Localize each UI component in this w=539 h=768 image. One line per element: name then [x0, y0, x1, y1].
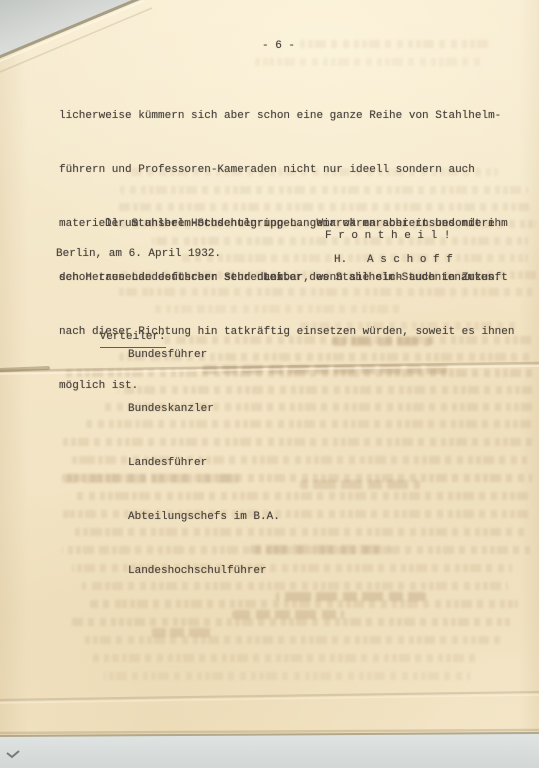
bleed-row	[252, 58, 482, 66]
scanned-letter-screenshot: - 6 - licherweise kümmern sich aber scho…	[0, 0, 539, 768]
page-number: - 6 -	[262, 37, 295, 55]
bleed-row	[70, 618, 510, 626]
place-and-date: Berlin, am 6. April 1932.	[56, 245, 221, 263]
paper-crease	[0, 692, 539, 700]
list-item: Landeshochschulführer	[128, 562, 280, 580]
signature-title: Leiter des Stahlhelm-Studentenamtes.	[263, 269, 501, 287]
bleed-smudge	[300, 480, 420, 489]
paper-page: - 6 - licherweise kümmern sich aber scho…	[0, 0, 539, 768]
bleed-smudge	[276, 592, 426, 601]
distribution-recipient-list: Bundesführer Bundeskanzler Landesführer …	[128, 310, 280, 616]
text-line: führern und Professoren-Kameraden nicht …	[59, 161, 514, 179]
bleed-row	[104, 672, 470, 680]
bleed-row	[80, 636, 500, 644]
list-item: Landesführer	[128, 454, 280, 472]
bleed-row	[300, 40, 490, 48]
text-line: licherweise kümmern sich aber schon eine…	[59, 107, 514, 125]
check-mark	[7, 751, 19, 757]
scanner-background-corner	[0, 0, 141, 57]
closing-salute: F r o n t h e i l !	[325, 227, 450, 245]
bleed-row	[92, 654, 480, 662]
bleed-smudge	[150, 628, 214, 637]
list-item: Bundesführer	[128, 346, 280, 364]
bottom-edge-line	[0, 733, 539, 736]
list-item: Bundeskanzler	[128, 400, 280, 418]
signature-name: H. A s c h o f f	[334, 251, 453, 269]
list-item: Abteilungschefs im B.A.	[128, 508, 280, 526]
scanner-background-bottom	[0, 733, 539, 768]
